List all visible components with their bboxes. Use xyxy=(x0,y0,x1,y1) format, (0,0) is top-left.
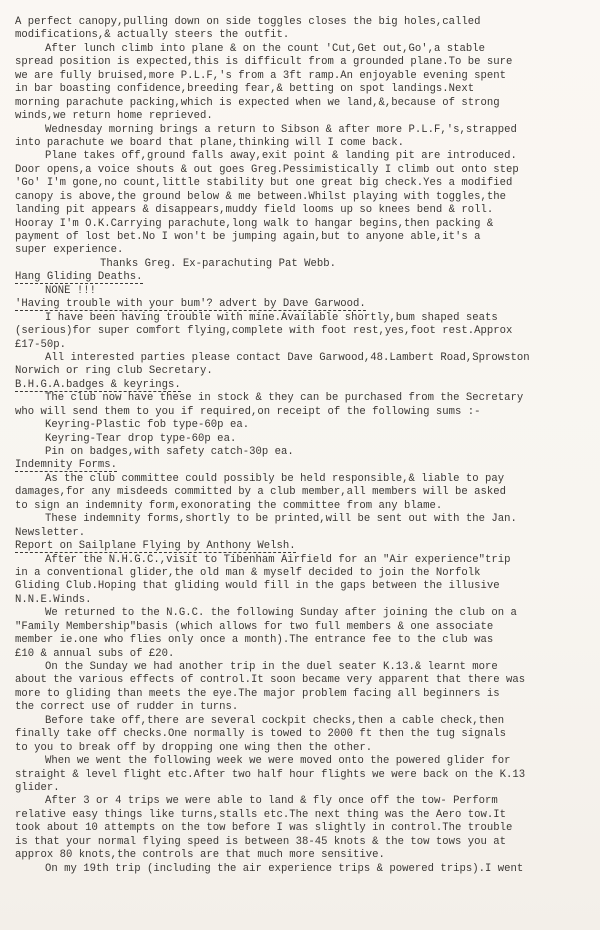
text-line: A perfect canopy,pulling down on side to… xyxy=(15,16,595,29)
text-line: N.N.E.Winds. xyxy=(15,594,595,607)
typewritten-page: A perfect canopy,pulling down on side to… xyxy=(0,0,600,930)
text-line: payment of lost bet.No I won't be jumpin… xyxy=(15,231,595,244)
text-line: spread position is expected,this is diff… xyxy=(15,56,595,69)
text-line: "Family Membership"basis (which allows f… xyxy=(15,621,595,634)
text-line: the correct use of rudder in turns. xyxy=(15,701,595,714)
section-heading-row: 'Having trouble with your bum'? advert b… xyxy=(15,298,595,311)
text-line: On the Sunday we had another trip in the… xyxy=(15,661,595,674)
text-line: After lunch climb into plane & on the co… xyxy=(15,43,595,56)
section-heading: Report on Sailplane Flying by Anthony We… xyxy=(15,540,296,553)
text-line: to you to break off by dropping one wing… xyxy=(15,742,595,755)
text-line: Newsletter. xyxy=(15,527,595,540)
text-line: approx 80 knots,the controls are that mu… xyxy=(15,849,595,862)
text-line: £17-50p. xyxy=(15,339,595,352)
section-heading: B.H.G.A.badges & keyrings. xyxy=(15,379,181,392)
text-line: super experience. xyxy=(15,244,595,257)
text-line: straight & level flight etc.After two ha… xyxy=(15,769,595,782)
text-line: member ie.one who flies only once a mont… xyxy=(15,634,595,647)
text-line: is that your normal flying speed is betw… xyxy=(15,836,595,849)
text-line: Wednesday morning brings a return to Sib… xyxy=(15,124,595,137)
text-line: about the various effects of control.It … xyxy=(15,674,595,687)
text-line: After the N.H.G.C.,visit to Tibenham Air… xyxy=(15,554,595,567)
text-line: we are fully bruised,more P.L.F,'s from … xyxy=(15,70,595,83)
section-heading-row: B.H.G.A.badges & keyrings. xyxy=(15,379,595,392)
text-line: who will send them to you if required,on… xyxy=(15,406,595,419)
section-heading-row: Report on Sailplane Flying by Anthony We… xyxy=(15,540,595,553)
section-heading: 'Having trouble with your bum'? advert b… xyxy=(15,298,366,311)
text-line: 'Go' I'm gone,no count,little stability … xyxy=(15,177,595,190)
text-line: Keyring-Tear drop type-60p ea. xyxy=(15,433,595,446)
text-line: Pin on badges,with safety catch-30p ea. xyxy=(15,446,595,459)
section-heading-row: Indemnity Forms. xyxy=(15,459,595,472)
text-line: Gliding Club.Hoping that gliding would f… xyxy=(15,580,595,593)
text-line: Thanks Greg. Ex-parachuting Pat Webb. xyxy=(15,258,595,271)
text-line: £10 & annual subs of £20. xyxy=(15,648,595,661)
text-line: Norwich or ring club Secretary. xyxy=(15,365,595,378)
text-line: finally take off checks.One normally is … xyxy=(15,728,595,741)
section-heading: Indemnity Forms. xyxy=(15,459,117,472)
text-line: Hooray I'm O.K.Carrying parachute,long w… xyxy=(15,218,595,231)
text-line: into parachute we board that plane,think… xyxy=(15,137,595,150)
text-line: When we went the following week we were … xyxy=(15,755,595,768)
text-line: Keyring-Plastic fob type-60p ea. xyxy=(15,419,595,432)
text-line: I have been having trouble with mine.Ava… xyxy=(15,312,595,325)
text-line: took about 10 attempts on the tow before… xyxy=(15,822,595,835)
text-line: morning parachute packing,which is expec… xyxy=(15,97,595,110)
text-line: As the club committee could possibly be … xyxy=(15,473,595,486)
text-line: winds,we return home reprieved. xyxy=(15,110,595,123)
text-line: glider. xyxy=(15,782,595,795)
text-line: to sign an indemnity form,exonorating th… xyxy=(15,500,595,513)
text-line: more to gliding than meets the eye.The m… xyxy=(15,688,595,701)
text-line: The club now have these in stock & they … xyxy=(15,392,595,405)
text-line: modifications,& actually steers the outf… xyxy=(15,29,595,42)
text-line: These indemnity forms,shortly to be prin… xyxy=(15,513,595,526)
text-line: NONE !!! xyxy=(15,285,595,298)
document-body: A perfect canopy,pulling down on side to… xyxy=(15,16,595,876)
text-line: We returned to the N.G.C. the following … xyxy=(15,607,595,620)
text-line: After 3 or 4 trips we were able to land … xyxy=(15,795,595,808)
text-line: in a conventional glider,the old man & m… xyxy=(15,567,595,580)
text-line: (serious)for super comfort flying,comple… xyxy=(15,325,595,338)
text-line: damages,for any misdeeds committed by a … xyxy=(15,486,595,499)
text-line: relative easy things like turns,stalls e… xyxy=(15,809,595,822)
text-line: canopy is above,the ground below & me be… xyxy=(15,191,595,204)
text-line: All interested parties please contact Da… xyxy=(15,352,595,365)
text-line: Before take off,there are several cockpi… xyxy=(15,715,595,728)
text-line: in bar boasting confidence,breeding fear… xyxy=(15,83,595,96)
text-line: Plane takes off,ground falls away,exit p… xyxy=(15,150,595,163)
text-line: On my 19th trip (including the air exper… xyxy=(15,863,595,876)
section-heading-row: Hang Gliding Deaths. xyxy=(15,271,595,284)
section-heading: Hang Gliding Deaths. xyxy=(15,271,143,284)
text-line: landing pit appears & disappears,muddy f… xyxy=(15,204,595,217)
text-line: Door opens,a voice shouts & out goes Gre… xyxy=(15,164,595,177)
